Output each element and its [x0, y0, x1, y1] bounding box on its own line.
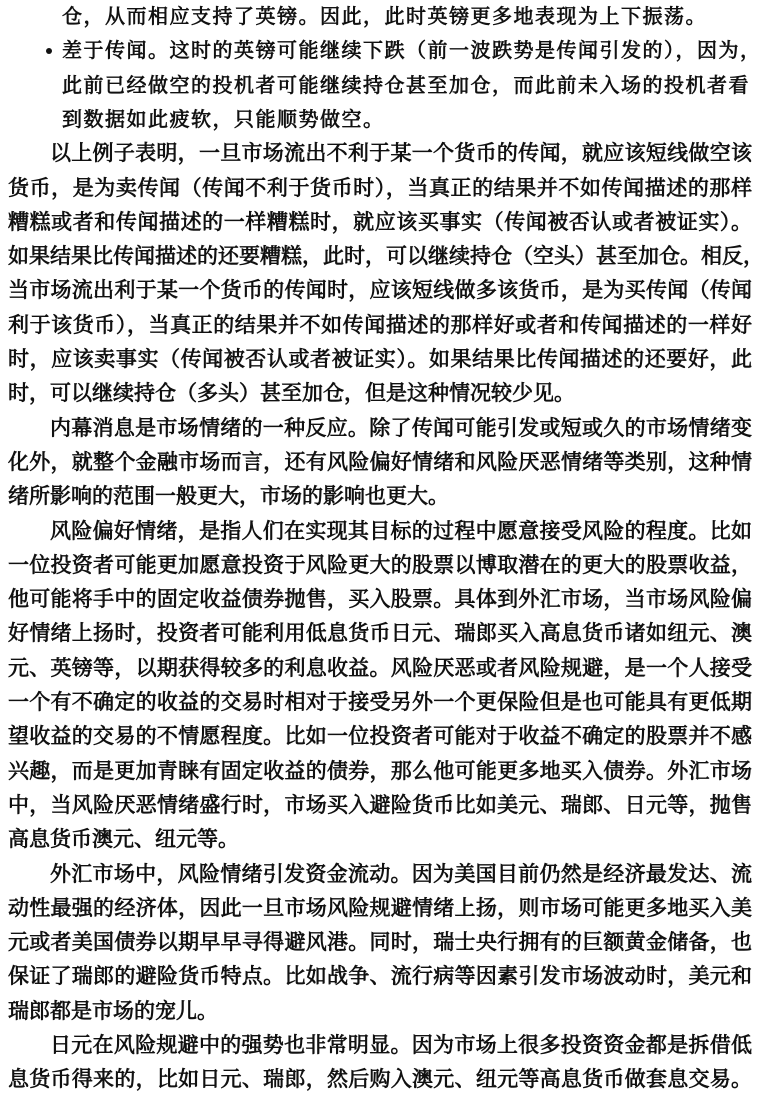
text-line: 糟糕或者和传闻描述的一样糟糕时，就应该买事实（传闻被否认或者被证实）。 [8, 209, 752, 235]
text-line: 高息货币澳元、纽元等。 [8, 826, 239, 852]
text-line: 货币，是为卖传闻（传闻不利于货币时），当真正的结果并不如传闻描述的那样 [8, 175, 752, 201]
text-line: 以上例子表明，一旦市场流出不利于某一个货币的传闻，就应该短线做空该 [50, 140, 752, 166]
text-line: 当市场流出利于某一个货币的传闻时，应该短线做多该货币，是为买传闻（传闻 [8, 277, 752, 303]
text-line: 中，当风险厌恶情绪盛行时，市场买入避险货币比如美元、瑞郎、日元等，抛售 [8, 792, 752, 818]
text-line: 外汇市场中，风险情绪引发资金流动。因为美国目前仍然是经济最发达、流 [50, 861, 752, 887]
text-line: 他可能将手中的固定收益债券抛售，买入股票。具体到外汇市场，当市场风险偏 [8, 586, 752, 612]
text-line: 元或者美国债券以期早早寻得避风港。同时，瑞士央行拥有的巨额黄金储备，也 [8, 929, 752, 955]
text-line: 望收益的交易的不情愿程度。比如一位投资者可能对于收益不确定的股票并不感 [8, 723, 752, 749]
text-line: 仓，从而相应支持了英镑。因此，此时英镑更多地表现为上下振荡。 [62, 3, 707, 29]
text-line: 到数据如此疲软，只能顺势做空。 [62, 106, 385, 132]
text-line: 如果结果比传闻描述的还要糟糕，此时，可以继续持仓（空头）甚至加仓。相反， [8, 243, 752, 269]
text-line: 息货币得来的，比如日元、瑞郎，然后购入澳元、纽元等高息货币做套息交易。 [8, 1066, 752, 1092]
text-line: 化外，就整个金融市场而言，还有风险偏好情绪和风险厌恶情绪等类别，这种情 [8, 449, 752, 475]
text-line: 利于该货币），当真正的结果并不如传闻描述的那样好或者和传闻描述的一样好 [8, 312, 752, 338]
text-line: 保证了瑞郎的避险货币特点。比如战争、流行病等因素引发市场波动时，美元和 [8, 963, 752, 989]
bullet-icon [46, 48, 52, 54]
text-line: 兴趣，而是更加青睐有固定收益的债券，那么他可能更多地买入债券。外汇市场 [8, 758, 752, 784]
text-line: 一个有不确定的收益的交易时相对于接受另外一个更保险但是也可能具有更低期 [8, 689, 752, 715]
text-line: 此前已经做空的投机者可能继续持仓甚至加仓，而此前未入场的投机者看 [62, 72, 746, 98]
text-line: 内幕消息是市场情绪的一种反应。除了传闻可能引发或短或久的市场情绪变 [50, 415, 752, 441]
text-line: 一位投资者可能更加愿意投资于风险更大的股票以博取潜在的更大的股票收益， [8, 552, 752, 578]
document-page: 仓，从而相应支持了英镑。因此，此时英镑更多地表现为上下振荡。差于传闻。这时的英镑… [0, 0, 758, 1102]
text-line: 元、英镑等，以期获得较多的利息收益。风险厌恶或者风险规避，是一个人接受 [8, 655, 752, 681]
bullet-item-line: 差于传闻。这时的英镑可能继续下跌（前一波跌势是传闻引发的），因为， [62, 37, 746, 63]
text-line: 好情绪上扬时，投资者可能利用低息货币日元、瑞郎买入高息货币诸如纽元、澳 [8, 620, 752, 646]
text-line: 时，可以继续持仓（多头）甚至加仓，但是这种情况较少见。 [8, 380, 575, 406]
text-line: 动性最强的经济体，因此一旦市场风险规避情绪上扬，则市场可能更多地买入美 [8, 895, 752, 921]
text-line: 绪所影响的范围一般更大，市场的影响也更大。 [8, 483, 449, 509]
text-line: 风险偏好情绪，是指人们在实现其目标的过程中愿意接受风险的程度。比如 [50, 518, 752, 544]
text-line: 时，应该卖事实（传闻被否认或者被证实）。如果结果比传闻描述的还要好，此 [8, 346, 752, 372]
text-line: 瑞郎都是市场的宠儿。 [8, 998, 218, 1024]
text-line: 日元在风险规避中的强势也非常明显。因为市场上很多投资资金都是拆借低 [50, 1032, 752, 1058]
